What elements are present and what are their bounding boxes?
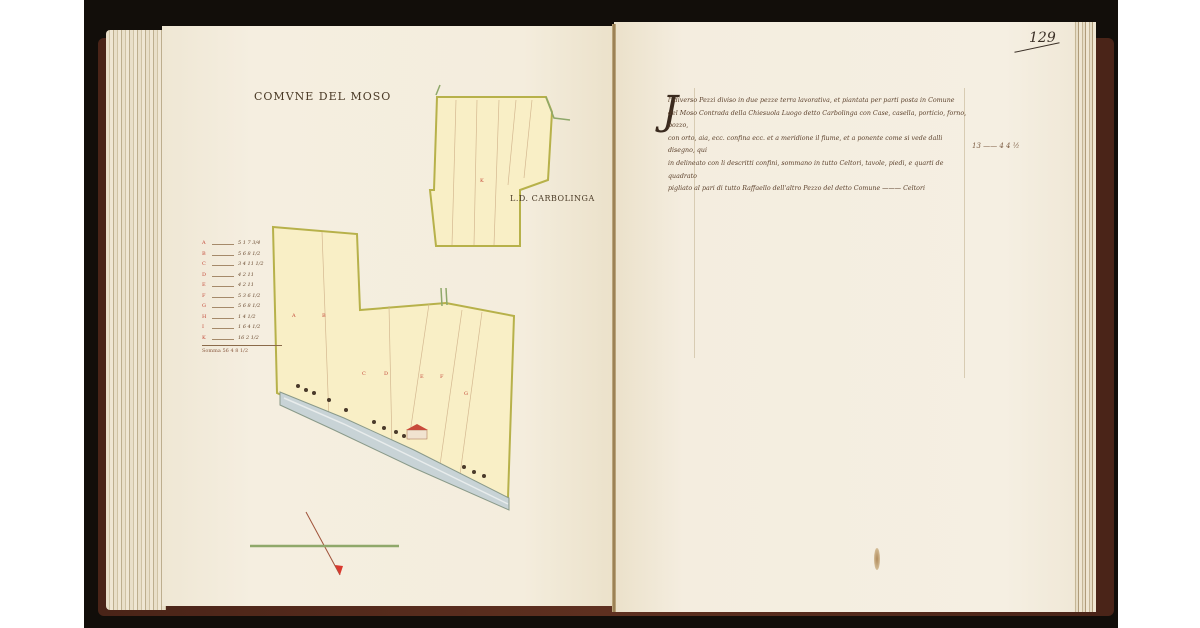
ledger-row: E4 2 11 xyxy=(202,282,282,293)
ledger-row: A5 1 7 3/4 xyxy=(202,240,282,251)
handwritten-description: l' diverso Pezzi diviso in due pezze ter… xyxy=(668,95,968,196)
svg-text:C: C xyxy=(362,371,366,377)
parcel-k xyxy=(430,97,552,246)
ledger-row: F5 3 6 1/2 xyxy=(202,293,282,304)
compass-needle xyxy=(306,512,340,575)
ledger-row: G5 6 8 1/2 xyxy=(202,303,282,314)
ledger-row: K16 2 1/2 xyxy=(202,335,282,346)
map-title: COMVNE DEL MOSO xyxy=(254,90,391,103)
svg-text:B: B xyxy=(322,313,326,319)
ledger-row: I1 6 4 1/2 xyxy=(202,324,282,335)
ledger-row: B5 6 8 1/2 xyxy=(202,251,282,262)
photograph: K AB CD EFG xyxy=(84,0,1118,628)
ledger-row: D4 2 11 xyxy=(202,272,282,283)
ledger-total: Somma 56 4 8 1/2 xyxy=(202,345,282,358)
svg-text:A: A xyxy=(291,313,296,319)
svg-text:F: F xyxy=(440,374,444,380)
paper-stain xyxy=(874,548,880,570)
svg-text:E: E xyxy=(420,374,424,380)
area-ledger: A5 1 7 3/4 B5 6 8 1/2 C3 4 11 1/2 D4 2 1… xyxy=(202,240,282,358)
ledger-row: C3 4 11 1/2 xyxy=(202,261,282,272)
svg-text:G: G xyxy=(464,391,468,397)
parcel-letter-k: K xyxy=(480,178,484,184)
area-sum: 13 —— 4 4 ½ xyxy=(972,142,1020,150)
ledger-row: H1 4 1/2 xyxy=(202,314,282,325)
svg-text:D: D xyxy=(384,371,388,377)
parcel-label-carbolinga: L.D. CARBOLINGA xyxy=(510,194,595,203)
